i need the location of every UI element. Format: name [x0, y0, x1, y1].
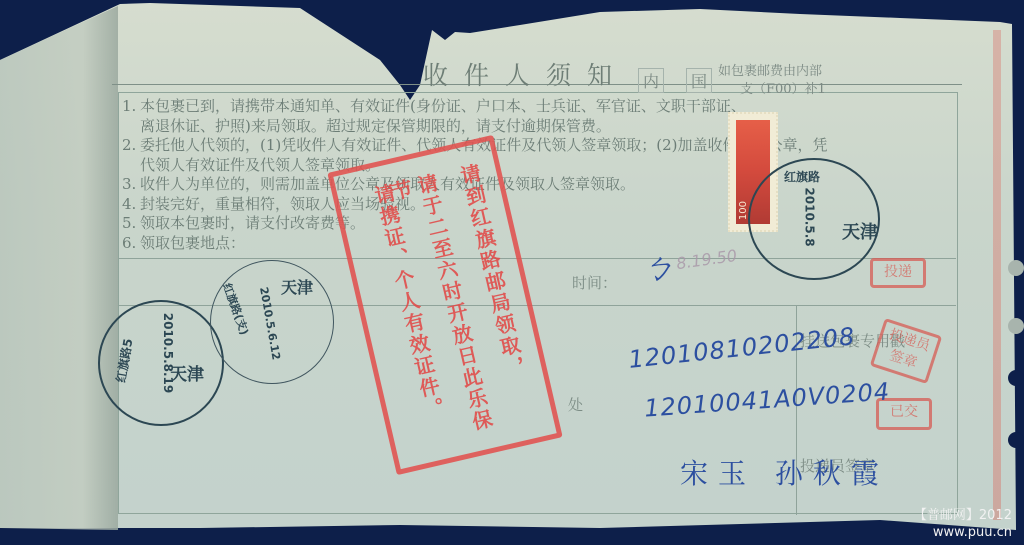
postmark-date: 2010.5.8 — [803, 187, 817, 246]
postmark-office: 红旗路 — [784, 168, 820, 185]
handwritten-signature: 宋玉 孙秋霞 — [680, 452, 889, 492]
place-label: 处 — [568, 394, 583, 415]
time-label: 时间： — [572, 272, 617, 293]
red-seal-small: 投递 — [870, 258, 926, 288]
punch-hole — [1008, 260, 1024, 276]
notice-item-1-cont: 离退休证、护照)来局领取。超过规定保管期限的，请支付逾期保管费。 — [122, 117, 722, 137]
punch-hole — [1008, 432, 1024, 448]
folded-flap — [0, 0, 118, 545]
postmark-1: 天津 2010.5.8.19 红旗路5 — [98, 300, 224, 426]
document-title: 收件人须知 — [423, 56, 628, 92]
postmark-2: 天津 2010.5.6.12 红旗路(支) — [210, 260, 334, 384]
postmark-3: 天津 2010.5.8 红旗路 — [748, 158, 880, 280]
postmark-office: 红旗路(支) — [219, 281, 253, 337]
header-cell-1: 内 — [638, 68, 664, 93]
red-edge-strip — [993, 30, 1001, 520]
handwritten-mark: ㄅ — [640, 240, 674, 289]
postmark-office: 红旗路5 — [112, 337, 136, 384]
header-note-1: 如包裹邮费由内部 — [718, 60, 822, 79]
postmark-place: 天津 — [842, 218, 878, 244]
punch-hole — [1008, 318, 1024, 334]
postmark-date: 2010.5.8.19 — [161, 313, 175, 393]
header-note-2: 支（F00）补1 — [740, 78, 826, 97]
postmark-place: 天津 — [281, 275, 313, 298]
watermark-url: www.puu.cn — [914, 524, 1012, 541]
watermark: 【普邮网】2012 www.puu.cn — [914, 507, 1012, 541]
notice-item-1: 1.本包裹已到，请携带本通知单、有效证件(身份证、户口本、士兵证、军官证、文职干… — [122, 97, 722, 117]
punch-hole — [1008, 370, 1024, 386]
header-cell-2: 国 — [686, 68, 712, 93]
watermark-site: 【普邮网】2012 — [914, 507, 1012, 524]
postmark-date: 2010.5.6.12 — [257, 286, 283, 361]
